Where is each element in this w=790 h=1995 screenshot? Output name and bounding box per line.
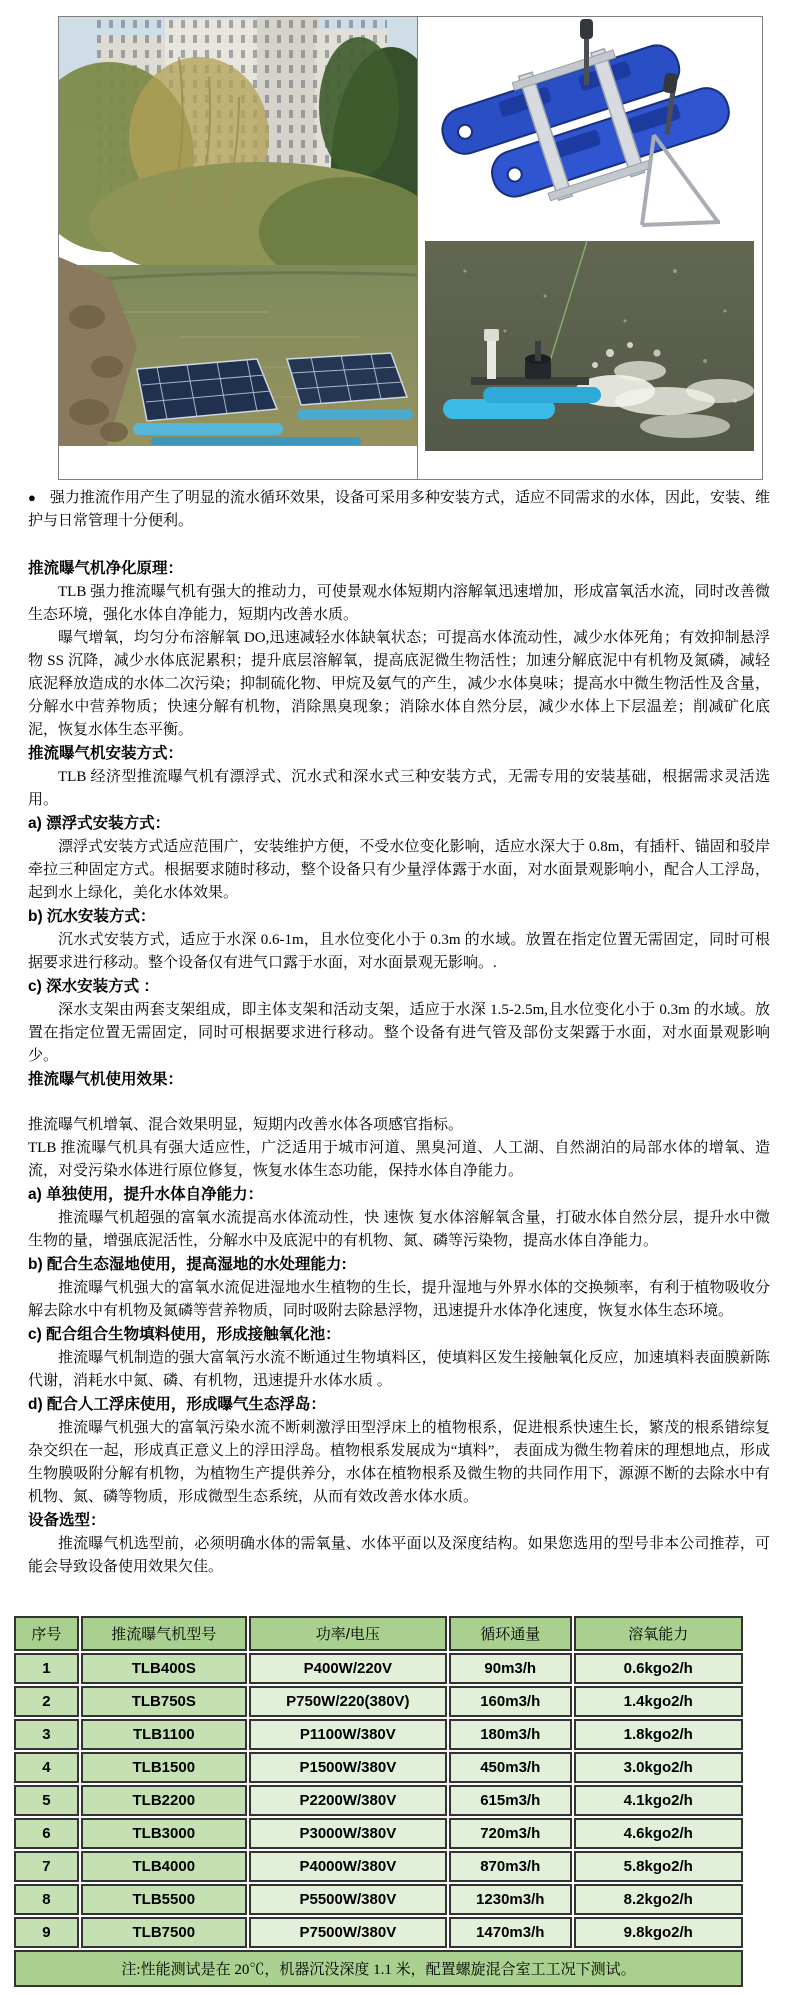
table-cell: 90m3/h: [449, 1653, 572, 1684]
table-cell: TLB1100: [81, 1719, 247, 1750]
table-note: 注:性能测试是在 20℃，机器沉没深度 1.1 米，配置螺旋混合室工工况下测试。: [14, 1950, 743, 1987]
effects-item-c-label: c) 配合组合生物填料使用，形成接触氧化池：: [28, 1323, 770, 1347]
spec-table-body: 1TLB400SP400W/220V90m3/h0.6kgo2/h2TLB750…: [14, 1653, 743, 1948]
effects-item-c-text: 推流曝气机制造的强大富氧污水流不断通过生物填料区，使填料区发生接触氧化反应，加速…: [28, 1347, 770, 1393]
river-scene-art: [59, 17, 417, 446]
effects-item-a-label: a) 单独使用，提升水体自净能力：: [28, 1183, 770, 1207]
table-cell: P5500W/380V: [249, 1884, 447, 1915]
effects-item-b-label: b) 配合生态湿地使用，提高湿地的水处理能力:: [28, 1253, 770, 1277]
table-cell: 0.6kgo2/h: [574, 1653, 743, 1684]
table-header-row: 序号 推流曝气机型号 功率/电压 循环通量 溶氧能力: [14, 1616, 743, 1651]
install-item-c-text: 深水支架由两套支架组成，即主体支架和活动支架，适应于水深 1.5-2.5m,且水…: [28, 999, 770, 1068]
table-cell: 160m3/h: [449, 1686, 572, 1717]
section-title-purification-principle: 推流曝气机净化原理：: [28, 557, 770, 581]
table-cell: 4.1kgo2/h: [574, 1785, 743, 1816]
header-index: 序号: [14, 1616, 79, 1651]
table-cell: P750W/220(380V): [249, 1686, 447, 1717]
table-cell: 180m3/h: [449, 1719, 572, 1750]
table-cell: P2200W/380V: [249, 1785, 447, 1816]
table-cell: 4: [14, 1752, 79, 1783]
installation-intro: TLB 经济型推流曝气机有漂浮式、沉水式和深水式三种安装方式，无需专用的安装基础…: [28, 766, 770, 812]
document-body: ●强力推流作用产生了明显的流水循环效果，设备可采用多种安装方式，适应不同需求的水…: [28, 486, 770, 1579]
table-cell: TLB7500: [81, 1917, 247, 1948]
table-cell: TLB5500: [81, 1884, 247, 1915]
table-cell: P3000W/380V: [249, 1818, 447, 1849]
table-cell: P4000W/380V: [249, 1851, 447, 1882]
table-row: 2TLB750SP750W/220(380V)160m3/h1.4kgo2/h: [14, 1686, 743, 1717]
section-title-model-selection: 设备选型：: [28, 1509, 770, 1533]
effects-item-b-text: 推流曝气机强大的富氧水流促进湿地水生植物的生长，提升湿地与外界水体的交换频率，有…: [28, 1277, 770, 1323]
table-cell: 450m3/h: [449, 1752, 572, 1783]
table-row: 3TLB1100P1100W/380V180m3/h1.8kgo2/h: [14, 1719, 743, 1750]
photo-right-column: [418, 17, 762, 479]
table-cell: 1.4kgo2/h: [574, 1686, 743, 1717]
header-circulation-flow: 循环通量: [449, 1616, 572, 1651]
table-cell: TLB4000: [81, 1851, 247, 1882]
table-cell: 8: [14, 1884, 79, 1915]
install-item-c-label: c) 深水安装方式 ：: [28, 975, 770, 999]
table-cell: 8.2kgo2/h: [574, 1884, 743, 1915]
table-cell: 1.8kgo2/h: [574, 1719, 743, 1750]
table-cell: 3: [14, 1719, 79, 1750]
spec-table: 序号 推流曝气机型号 功率/电压 循环通量 溶氧能力 1TLB400SP400W…: [12, 1614, 745, 1989]
effects-paragraph-2: TLB 推流曝气机具有强大适应性，广泛适用于城市河道、黑臭河道、人工湖、自然湖泊…: [28, 1137, 770, 1183]
install-item-a-label: a) 漂浮式安装方式：: [28, 812, 770, 836]
product-document-page: ●强力推流作用产生了明显的流水循环效果，设备可采用多种安装方式，适应不同需求的水…: [0, 0, 790, 1995]
table-row: 4TLB1500P1500W/380V450m3/h3.0kgo2/h: [14, 1752, 743, 1783]
table-row: 7TLB4000P4000W/380V870m3/h5.8kgo2/h: [14, 1851, 743, 1882]
table-cell: 1470m3/h: [449, 1917, 572, 1948]
table-row: 8TLB5500P5500W/380V1230m3/h8.2kgo2/h: [14, 1884, 743, 1915]
table-cell: P1100W/380V: [249, 1719, 447, 1750]
table-cell: 5.8kgo2/h: [574, 1851, 743, 1882]
table-cell: TLB400S: [81, 1653, 247, 1684]
effects-item-d-label: d) 配合人工浮床使用，形成曝气生态浮岛：: [28, 1393, 770, 1417]
principle-paragraph-2: 曝气增氧，均匀分布溶解氧 DO,迅速减轻水体缺氧状态；可提高水体流动性，减少水体…: [28, 627, 770, 742]
bullet-text: 强力推流作用产生了明显的流水循环效果，设备可采用多种安装方式，适应不同需求的水体…: [28, 490, 770, 529]
table-cell: TLB3000: [81, 1818, 247, 1849]
product-photo: [418, 17, 762, 239]
table-cell: 5: [14, 1785, 79, 1816]
effects-paragraph-1: 推流曝气机增氧、混合效果明显，短期内改善水体各项感官指标。: [28, 1114, 770, 1137]
table-cell: 6: [14, 1818, 79, 1849]
install-item-a-text: 漂浮式安装方式适应范围广，安装维护方便，不受水位变化影响，适应水深大于 0.8m…: [28, 836, 770, 905]
table-row: 5TLB2200P2200W/380V615m3/h4.1kgo2/h: [14, 1785, 743, 1816]
bullet-marker: ●: [28, 490, 36, 505]
section-title-usage-effects: 推流曝气机使用效果：: [28, 1068, 770, 1092]
table-cell: 4.6kgo2/h: [574, 1818, 743, 1849]
section-title-installation: 推流曝气机安装方式：: [28, 742, 770, 766]
table-row: 6TLB3000P3000W/380V720m3/h4.6kgo2/h: [14, 1818, 743, 1849]
table-cell: 3.0kgo2/h: [574, 1752, 743, 1783]
install-item-b-text: 沉水式安装方式，适应于水深 0.6-1m，且水位变化小于 0.3m 的水域。放置…: [28, 929, 770, 975]
selection-paragraph: 推流曝气机选型前，必须明确水体的需氧量、水体平面以及深度结构。如果您选用的型号非…: [28, 1533, 770, 1579]
principle-paragraph-1: TLB 强力推流曝气机有强大的推动力，可使景观水体短期内溶解氧迅速增加，形成富氧…: [28, 581, 770, 627]
table-cell: P400W/220V: [249, 1653, 447, 1684]
table-cell: 9: [14, 1917, 79, 1948]
table-row: 9TLB7500P7500W/380V1470m3/h9.8kgo2/h: [14, 1917, 743, 1948]
table-cell: TLB1500: [81, 1752, 247, 1783]
effects-item-d-text: 推流曝气机强大的富氧污染水流不断刺激浮田型浮床上的植物根系，促进根系快速生长，繁…: [28, 1417, 770, 1509]
table-cell: 9.8kgo2/h: [574, 1917, 743, 1948]
table-cell: 7: [14, 1851, 79, 1882]
header-model: 推流曝气机型号: [81, 1616, 247, 1651]
table-cell: TLB2200: [81, 1785, 247, 1816]
table-cell: P1500W/380V: [249, 1752, 447, 1783]
effects-item-a-text: 推流曝气机超强的富氧水流提高水体流动性，快 速恢 复水体溶解氧含量，打破水体自然…: [28, 1207, 770, 1253]
header-oxygen-capacity: 溶氧能力: [574, 1616, 743, 1651]
blank-line: [28, 1092, 770, 1114]
key-point-bullet: ●强力推流作用产生了明显的流水循环效果，设备可采用多种安装方式，适应不同需求的水…: [28, 486, 770, 533]
aerator-splash-art: [425, 241, 754, 451]
aerator-working-photo: [425, 241, 755, 451]
install-item-b-label: b) 沉水安装方式：: [28, 905, 770, 929]
header-power-voltage: 功率/电压: [249, 1616, 447, 1651]
table-cell: 720m3/h: [449, 1818, 572, 1849]
river-installation-photo: [59, 17, 418, 479]
photo-panel: [58, 16, 763, 480]
table-cell: 1: [14, 1653, 79, 1684]
table-row: 1TLB400SP400W/220V90m3/h0.6kgo2/h: [14, 1653, 743, 1684]
table-note-row: 注:性能测试是在 20℃，机器沉没深度 1.1 米，配置螺旋混合室工工况下测试。: [14, 1950, 743, 1987]
table-cell: TLB750S: [81, 1686, 247, 1717]
blue-float-aerator-art: [418, 17, 762, 239]
table-cell: 1230m3/h: [449, 1884, 572, 1915]
table-cell: 615m3/h: [449, 1785, 572, 1816]
table-cell: 870m3/h: [449, 1851, 572, 1882]
table-cell: P7500W/380V: [249, 1917, 447, 1948]
table-cell: 2: [14, 1686, 79, 1717]
